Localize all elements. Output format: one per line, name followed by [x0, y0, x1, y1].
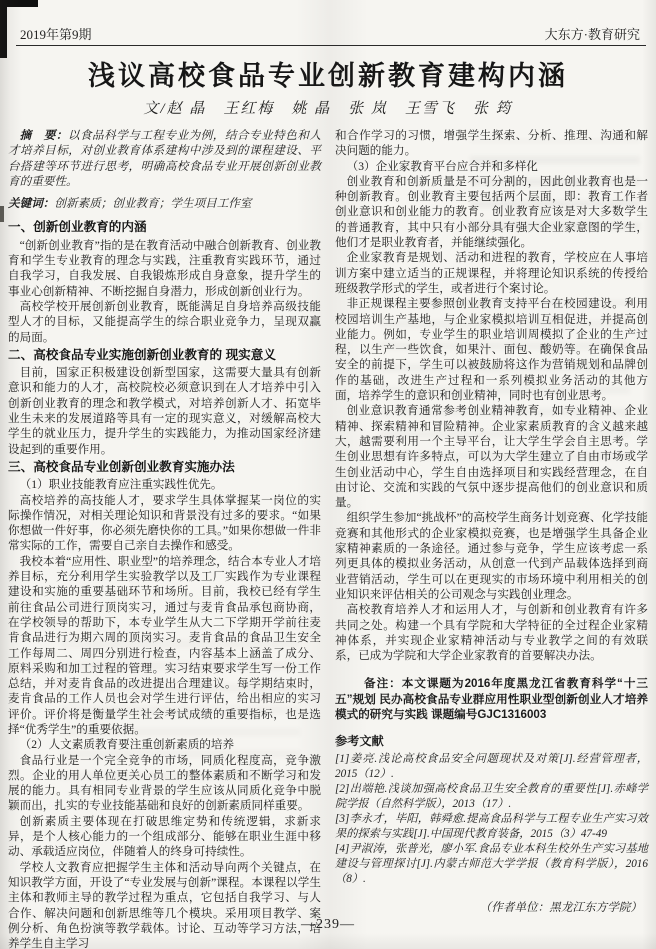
article-body: 摘 要：以食品科学与工程专业为例，结合专业特色和人才培养目标，对创业教育体系建构… — [8, 128, 648, 919]
paragraph: 高校学校开展创新创业教育，既能满足自身培养高级技能型人才的目标，又能提高学生的综… — [8, 299, 321, 345]
scan-edge-artifact-left — [0, 0, 7, 58]
paragraph: 食品行业是一个完全竞争的市场，同质化程度高，竞争激烈。企业的用人单位更关心员工的… — [8, 753, 321, 814]
author-affiliation: （作者单位：黑龙江东方学院） — [335, 900, 648, 915]
paragraph: 高校培养的高技能人才，要求学生具体掌握某一岗位的实际操作情况，对相关理论知识和背… — [8, 493, 321, 554]
paragraph: 创新素质主要体现在打破思维定势和传统逻辑，求新求异，是个人核心能力的一个组成部分… — [8, 814, 321, 860]
paragraph-continuation: 和合作学习的习惯，增强学生探索、分析、推理、沟通和解决问题的能力。 — [335, 128, 648, 159]
reference-item: [1]姜亮.浅论高校食品安全问题现状及对策[J].经营管理者，2015（12）. — [335, 752, 648, 782]
paragraph: 目前，国家正积极建设创新型国家，这需要大量具有创新意识和能力的人才，高校院校必须… — [8, 365, 321, 457]
page-header: 2019年第9期 大东方·教育研究 — [20, 24, 640, 43]
subitem-3: （3）企业家教育平台应合并和多样化 — [335, 159, 648, 174]
left-column: 摘 要：以食品科学与工程专业为例，结合专业特色和人才培养目标，对创业教育体系建构… — [8, 128, 321, 919]
paragraph: 创业意识教育通常参考创业精神教育，如专业精神、企业精神、探索精神和冒险精神。企业… — [335, 403, 648, 510]
section-heading-3: 三、高校食品专业创新创业教育实施办法 — [8, 460, 321, 475]
section-heading-2: 二、高校食品专业实施创新创业教育的 现实意义 — [8, 348, 321, 363]
keywords: 关键词：创新素质；创业教育；学生项目工作室 — [8, 196, 321, 211]
reference-item: [4]尹淑涛，张普光，廖小军.食品专业本科生校外生产实习基地建设与管理探讨[J]… — [335, 842, 648, 887]
keywords-label: 关键词： — [8, 197, 54, 210]
reference-item: [2]出端艳.浅谈加强高校食品卫生安全教育的重要性[J].赤峰学院学报（自然科学… — [335, 782, 648, 812]
right-column: 和合作学习的习惯，增强学生探索、分析、推理、沟通和解决问题的能力。 （3）企业家… — [335, 128, 648, 919]
paragraph: 非正规课程主要参照创业教育支持平台在校园建设。利用校园培训生产基地，与企业家模拟… — [335, 296, 648, 403]
page-number: —239— — [0, 917, 656, 933]
article-title: 浅议高校食品专业创新教育建构内涵 — [0, 54, 656, 93]
keywords-text: 创新素质；创业教育；学生项目工作室 — [54, 197, 251, 210]
reference-item: [3]李永才，毕阳，韩舜愈.提高食品科学与工程专业生产实习效果的探索与实践[J]… — [335, 812, 648, 842]
journal-name: 大东方·教育研究 — [545, 24, 640, 43]
scanned-journal-page: 2019年第9期 大东方·教育研究 浅议高校食品专业创新教育建构内涵 文/赵 晶… — [0, 0, 656, 949]
subitem-2: （2）人文素质教育要注重创新素质的培养 — [8, 737, 321, 752]
scan-edge-artifact-nick — [0, 206, 4, 222]
subitem-1: （1）职业技能教育应注重实践性优先。 — [8, 477, 321, 492]
paragraph: 企业家教育是规划、活动和进程的教育，学校应在人事培训方案中建立适当的正规课程，并… — [335, 250, 648, 296]
abstract-label: 摘 要： — [20, 129, 68, 142]
abstract: 摘 要：以食品科学与工程专业为例，结合专业特色和人才培养目标，对创业教育体系建构… — [8, 128, 321, 189]
issue-label: 2019年第9期 — [20, 24, 92, 43]
paragraph: 我校本着“应用性、职业型”的培养理念，结合本专业人才培养目标，充分利用学生实验教… — [8, 554, 321, 738]
header-rule — [16, 45, 646, 46]
paragraph: 创业教育和创新质量是不可分割的，因此创业教育也是一种创新教育。创业教育主要包括两… — [335, 174, 648, 250]
paragraph: 学校人文教育应把握学生主体和活动导向两个关键点，在知识教学方面，开设了“专业发展… — [8, 860, 321, 949]
paragraph: “创新创业教育”指的是在教育活动中融合创新教育、创业教育和学生专业教育的理念与实… — [8, 238, 321, 299]
section-heading-1: 一、创新创业教育的内涵 — [8, 220, 321, 235]
paragraph: 高校教育培养人才和运用人才，与创新和创业教育有许多共同之处。构建一个具有学院和大… — [335, 602, 648, 663]
references-heading: 参考文献 — [335, 734, 648, 749]
paragraph: 组织学生参加“挑战杯”的高校学生商务计划竞赛、化学技能竞赛和其他形式的企业家模拟… — [335, 510, 648, 602]
funding-note: 备注：本文课题为2016年度黑龙江省教育科学“十三五”规划 民办高校食品专业群应… — [335, 676, 648, 722]
article-byline: 文/赵 晶 王红梅 姚 晶 张 岚 王雪飞 张 筠 — [0, 97, 656, 118]
